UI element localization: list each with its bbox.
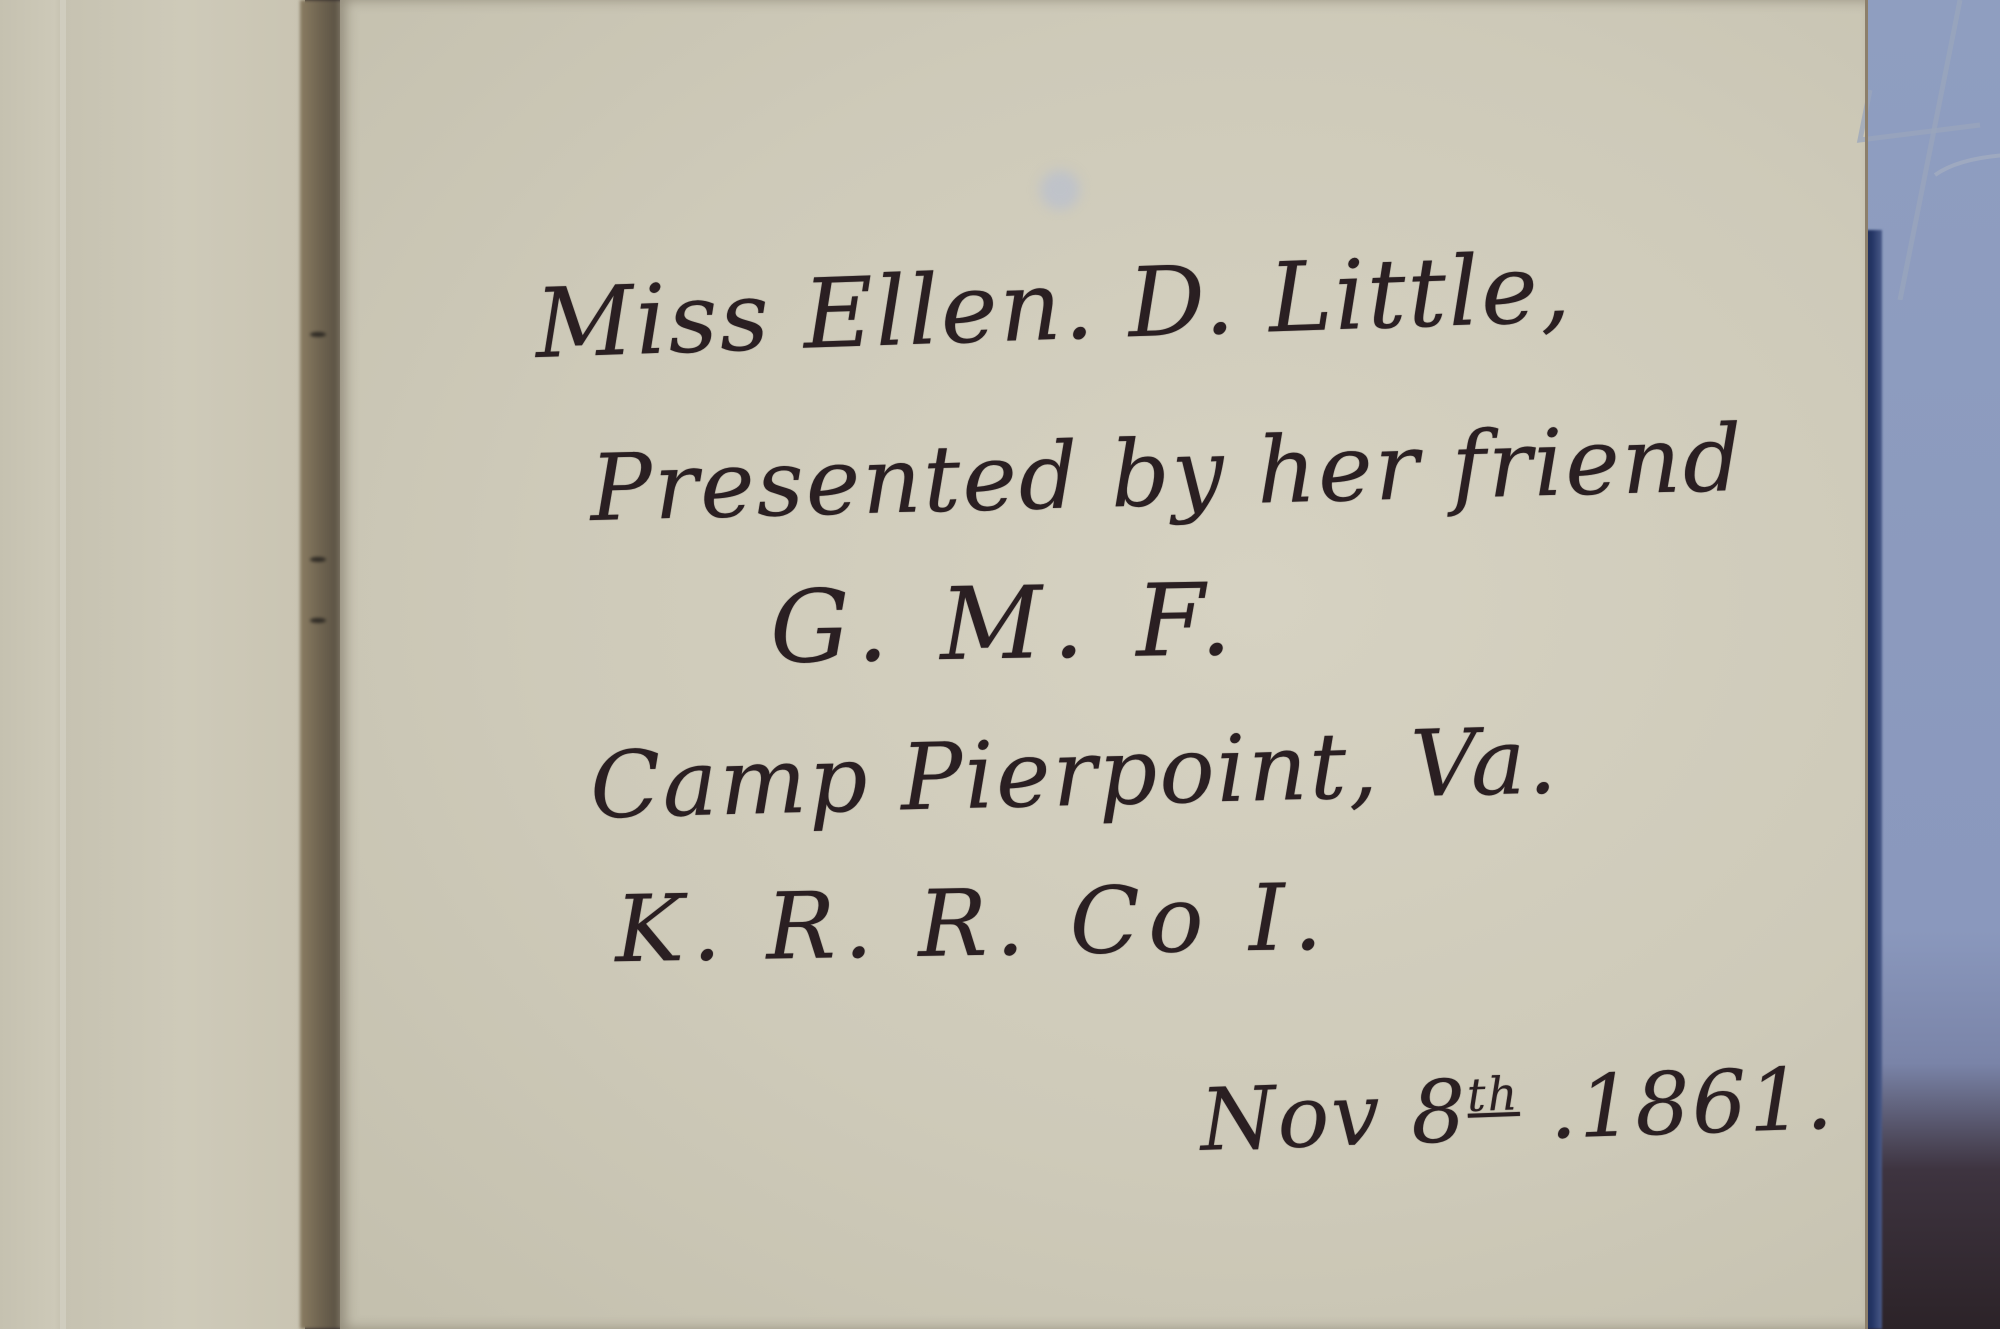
- date-month-day: Nov 8: [1198, 1062, 1469, 1171]
- date-line: Nov 8th .1861.: [1198, 1049, 1836, 1171]
- page-fold-line: [60, 0, 66, 1329]
- flyleaf-page: Miss Ellen. D. Little, Presented by her …: [340, 0, 1868, 1329]
- company-line: K. R. R. Co I.: [614, 864, 1331, 983]
- presented-by-line: Presented by her friend: [589, 405, 1745, 542]
- recipient-line: Miss Ellen. D. Little,: [533, 232, 1574, 380]
- binding-stitch: [310, 557, 326, 562]
- date-ordinal: th: [1466, 1066, 1520, 1122]
- giver-initials: G. M. F.: [769, 561, 1242, 686]
- left-page: [0, 0, 305, 1329]
- location-line: Camp Pierpoint, Va.: [589, 707, 1560, 839]
- date-year: .1861.: [1547, 1049, 1836, 1159]
- binding-stitch: [310, 618, 326, 623]
- binding-stitch: [310, 332, 326, 337]
- book-photo: Miss Ellen. D. Little, Presented by her …: [0, 0, 2000, 1329]
- handwritten-inscription: Miss Ellen. D. Little, Presented by her …: [340, 0, 1868, 1329]
